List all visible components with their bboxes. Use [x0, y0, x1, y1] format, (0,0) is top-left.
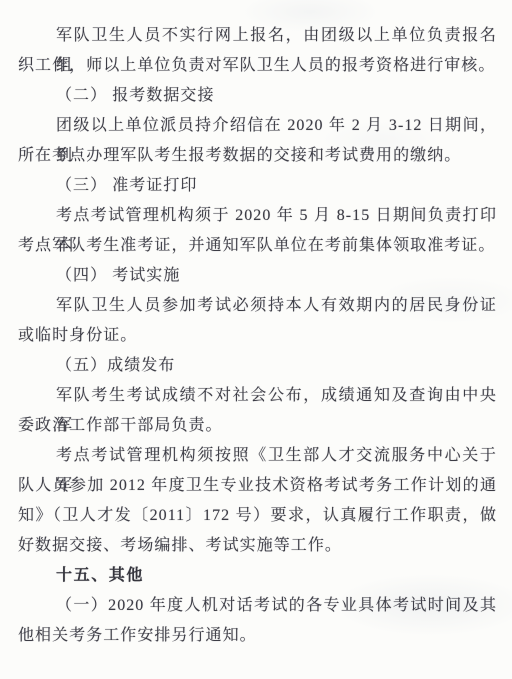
paragraph-line: （一）2020 年度人机对话考试的各专业具体考试时间及其	[18, 591, 497, 621]
paragraph-line: 考点军队考生准考证，并通知军队单位在考前集体领取准考证。	[18, 231, 497, 261]
paragraph-line: 团级以上单位派员持介绍信在 2020 年 2 月 3-12 日期间，到	[18, 111, 497, 141]
paragraph-line: 考点考试管理机构须按照《卫生部人才交流服务中心关于军	[18, 441, 497, 471]
paragraph-line: 或临时身份证。	[18, 321, 497, 351]
paragraph-line: 军队卫生人员参加考试必须持本人有效期内的居民身份证	[18, 291, 497, 321]
heading-section-2: （二） 报考数据交接	[18, 81, 497, 111]
paragraph-line: 军队卫生人员不实行网上报名，由团级以上单位负责报名组	[18, 21, 497, 51]
heading-section-4: （四） 考试实施	[18, 261, 497, 291]
paragraph-line: 队人员参加 2012 年度卫生专业技术资格考试考务工作计划的通	[18, 471, 497, 501]
paragraph-line: 知》（卫人才发〔2011〕172 号）要求，认真履行工作职责，做	[18, 501, 497, 531]
heading-section-5: （五）成绩发布	[18, 351, 497, 381]
paragraph-line: 他相关考务工作安排另行通知。	[18, 621, 497, 651]
heading-section-3: （三） 准考证打印	[18, 171, 497, 201]
paragraph-line: 所在考点办理军队考生报考数据的交接和考试费用的缴纳。	[18, 141, 497, 171]
paragraph-line: 委政治工作部干部局负责。	[18, 411, 497, 441]
paragraph-line: 军队考生考试成绩不对社会公布，成绩通知及查询由中央军	[18, 381, 497, 411]
paragraph-line: 织工作，师以上单位负责对军队卫生人员的报考资格进行审核。	[18, 51, 497, 81]
heading-section-15: 十五、其他	[18, 561, 497, 591]
document-text-block: 军队卫生人员不实行网上报名，由团级以上单位负责报名组 织工作，师以上单位负责对军…	[18, 21, 497, 651]
paragraph-line: 好数据交接、考场编排、考试实施等工作。	[18, 531, 497, 561]
paragraph-line: 考点考试管理机构须于 2020 年 5 月 8-15 日期间负责打印本	[18, 201, 497, 231]
scanned-document-page: { "colors": { "background": "#fcfcfa", "…	[0, 0, 512, 679]
